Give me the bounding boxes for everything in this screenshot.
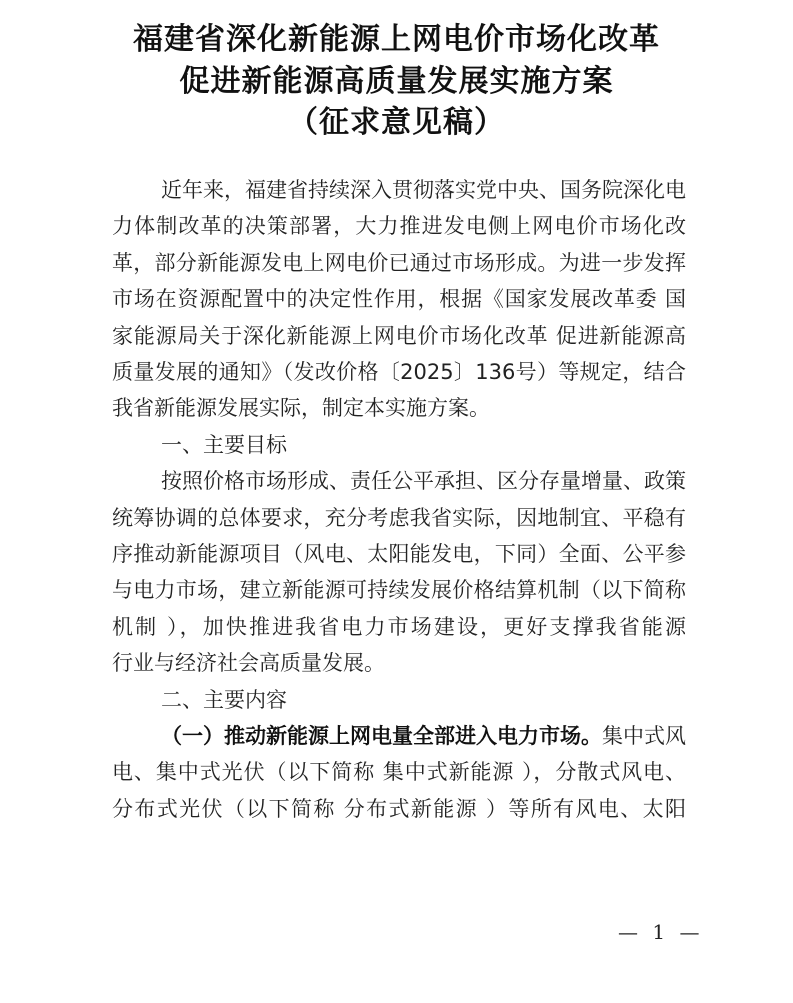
paragraph-line: 家能源局关于深化新能源上网电价市场化改革 促进新能源高 bbox=[112, 318, 686, 354]
line-text: 集中式风 bbox=[602, 724, 686, 748]
paragraph-line: 行业与经济社会高质量发展。 bbox=[112, 645, 686, 681]
line-text: 革，部分新能源发电上网电价已通过市场形成。为进一步发挥 bbox=[112, 251, 686, 275]
page-number: — 1 — bbox=[618, 920, 703, 944]
line-text: 序推动新能源项目（风电、太阳能发电，下同）全面、公平参 bbox=[112, 542, 686, 566]
document-title-line-2: 促进新能源高质量发展实施方案 bbox=[0, 56, 793, 100]
bold-subheading: （一）推动新能源上网电量全部进入电力市场。 bbox=[161, 724, 602, 748]
document-subtitle-draft: （征求意见稿） bbox=[0, 97, 793, 141]
paragraph-line: 分布式光伏（以下简称 分布式新能源 ）等所有风电、太阳 bbox=[112, 791, 686, 827]
line-text: 分布式光伏（以下简称 分布式新能源 ）等所有风电、太阳 bbox=[112, 797, 686, 821]
paragraph-line: 近年来，福建省持续深入贯彻落实党中央、国务院深化电 bbox=[112, 172, 686, 208]
line-text: 按照价格市场形成、责任公平承担、区分存量增量、政策 bbox=[161, 469, 686, 493]
paragraph-line: 统筹协调的总体要求，充分考虑我省实际，因地制宜、平稳有 bbox=[112, 500, 686, 536]
paragraph-line: 机制 ），加快推进我省电力市场建设，更好支撑我省能源 bbox=[112, 609, 686, 645]
line-text: 我省新能源发展实际，制定本实施方案。 bbox=[112, 396, 490, 420]
line-text: 一、主要目标 bbox=[161, 433, 287, 457]
paragraph-line: 序推动新能源项目（风电、太阳能发电，下同）全面、公平参 bbox=[112, 536, 686, 572]
paragraph-line: 革，部分新能源发电上网电价已通过市场形成。为进一步发挥 bbox=[112, 245, 686, 281]
paragraph-line: 力体制改革的决策部署，大力推进发电侧上网电价市场化改 bbox=[112, 208, 686, 244]
line-text: 行业与经济社会高质量发展。 bbox=[112, 651, 385, 675]
section-heading: 一、主要目标 bbox=[112, 427, 686, 463]
line-text: 机制 ），加快推进我省电力市场建设，更好支撑我省能源 bbox=[112, 615, 686, 639]
paragraph-line: （一）推动新能源上网电量全部进入电力市场。集中式风 bbox=[112, 718, 686, 754]
section-heading: 二、主要内容 bbox=[112, 682, 686, 718]
line-text: 力体制改革的决策部署，大力推进发电侧上网电价市场化改 bbox=[112, 214, 686, 238]
paragraph-line: 电、集中式光伏（以下简称 集中式新能源 ），分散式风电、 bbox=[112, 754, 686, 790]
paragraph-line: 质量发展的通知》（发改价格〔2025〕136号）等规定，结合 bbox=[112, 354, 686, 390]
line-text: 与电力市场，建立新能源可持续发展价格结算机制（以下简称 bbox=[112, 578, 686, 602]
paragraph-line: 我省新能源发展实际，制定本实施方案。 bbox=[112, 390, 686, 426]
document-title-line-1: 福建省深化新能源上网电价市场化改革 bbox=[0, 14, 793, 58]
line-text: 市场在资源配置中的决定性作用，根据《国家发展改革委 国 bbox=[112, 287, 686, 311]
paragraph-line: 与电力市场，建立新能源可持续发展价格结算机制（以下简称 bbox=[112, 572, 686, 608]
line-text: 近年来，福建省持续深入贯彻落实党中央、国务院深化电 bbox=[161, 178, 686, 202]
paragraph-line: 市场在资源配置中的决定性作用，根据《国家发展改革委 国 bbox=[112, 281, 686, 317]
line-text: 二、主要内容 bbox=[161, 688, 287, 712]
paragraph-line: 按照价格市场形成、责任公平承担、区分存量增量、政策 bbox=[112, 463, 686, 499]
line-text: 统筹协调的总体要求，充分考虑我省实际，因地制宜、平稳有 bbox=[112, 506, 686, 530]
line-text: 家能源局关于深化新能源上网电价市场化改革 促进新能源高 bbox=[112, 324, 686, 348]
line-text: 质量发展的通知》（发改价格〔2025〕136号）等规定，结合 bbox=[112, 360, 686, 384]
line-text: 电、集中式光伏（以下简称 集中式新能源 ），分散式风电、 bbox=[112, 760, 686, 784]
